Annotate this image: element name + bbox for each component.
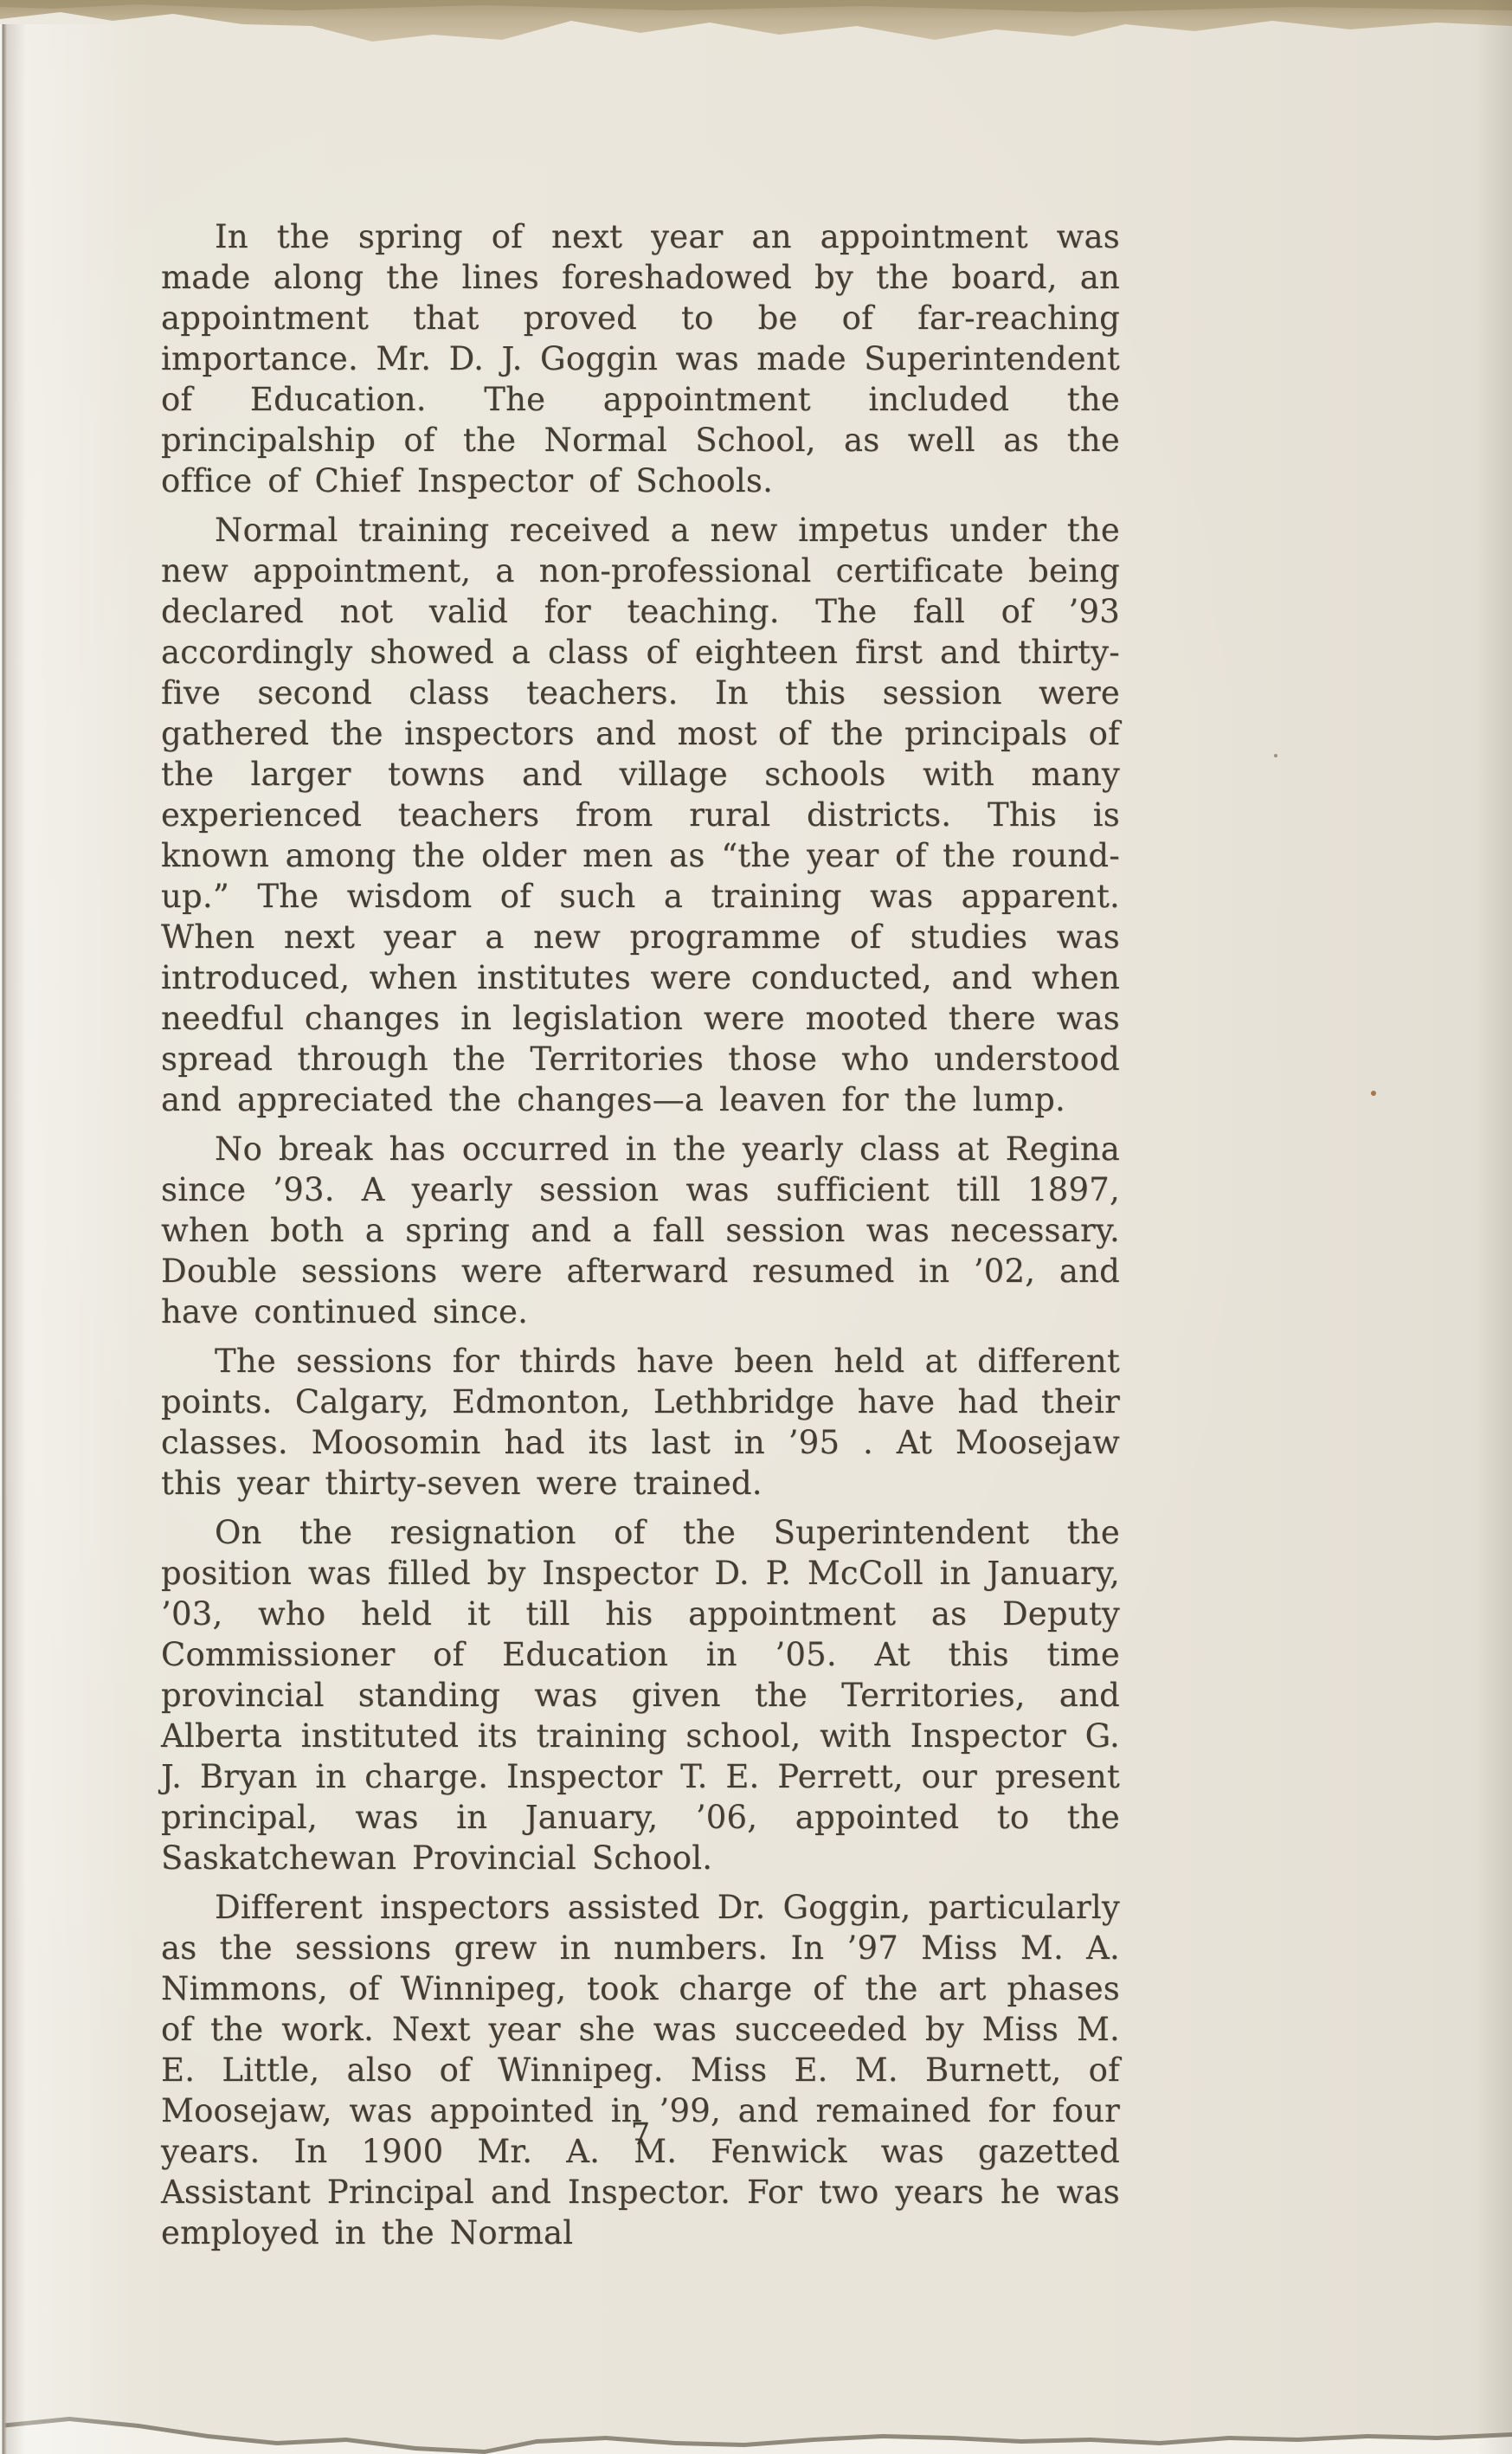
paragraph: Normal training received a new impetus u…: [161, 510, 1120, 1120]
paper-fleck: [1274, 754, 1277, 757]
paragraph: Different inspectors assisted Dr. Goggin…: [161, 1887, 1120, 2253]
paragraph: On the resignation of the Superintendent…: [161, 1512, 1120, 1878]
paragraph: No break has occurred in the yearly clas…: [161, 1129, 1120, 1332]
right-edge-shading: [1477, 0, 1512, 2454]
scanned-book-page: In the spring of next year an appointmen…: [0, 0, 1512, 2454]
paragraph: In the spring of next year an appointmen…: [161, 216, 1120, 501]
page-number: 7: [161, 2117, 1120, 2152]
body-text-column: In the spring of next year an appointmen…: [161, 216, 1120, 2262]
paper-fleck: [1371, 1091, 1376, 1096]
paragraph: The sessions for thirds have been held a…: [161, 1341, 1120, 1504]
top-deckle-edge: [0, 0, 1512, 61]
left-page-crease: [0, 24, 138, 2454]
bottom-torn-edge: [0, 2402, 1512, 2454]
